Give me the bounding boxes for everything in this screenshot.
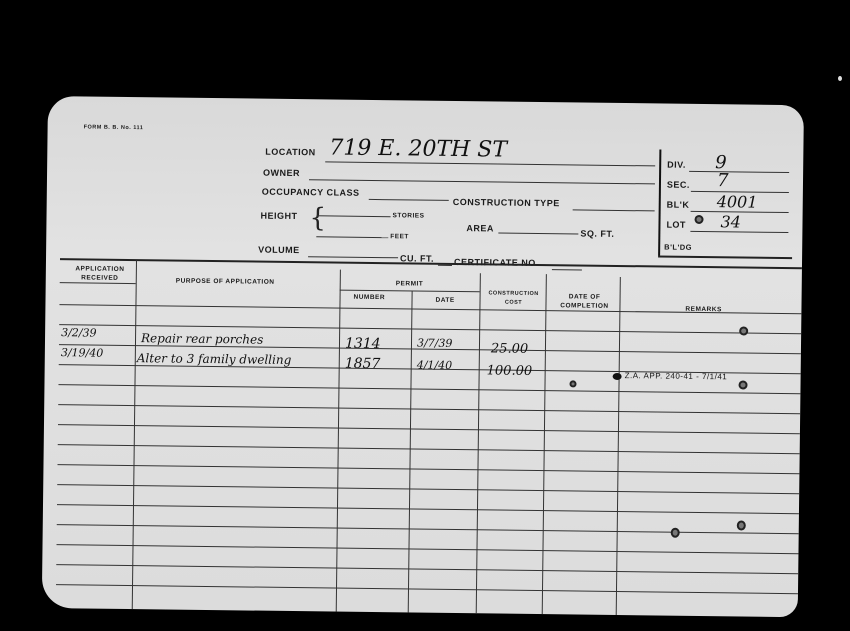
blk-label: BL'K [667,200,690,210]
row-line [57,544,799,554]
occupancy-label: OCCUPANCY CLASS [262,187,360,198]
col-divider [408,290,413,612]
construction-line [573,209,655,211]
header-permit-date: DATE [435,297,454,304]
punch-hole [671,528,680,538]
sec-label: SEC. [667,180,690,190]
permit-subheader-line [340,290,480,293]
row-remarks: Z.A. APP. 240-41 - 7/1/41 [625,371,728,381]
row-line [58,424,800,434]
header-permit: PERMIT [396,280,424,287]
col-divider [132,260,137,609]
row-line [56,564,798,574]
ink-blot [613,373,622,380]
col-divider [476,273,481,613]
bldg-label: B'L'DG [664,243,692,252]
feet-label: FEET [390,233,409,240]
sec-value: 7 [717,170,729,191]
row-line [57,464,799,474]
cuft-gap-line [438,265,452,266]
film-speck [838,76,842,81]
index-box-border [658,149,661,255]
row-line [60,282,136,284]
area-label: AREA [466,223,494,233]
header-cost-line2: COST [483,298,543,308]
height-brace: { [309,203,326,233]
location-label: LOCATION [265,147,315,158]
punch-hole [738,380,747,389]
occupancy-line [369,199,449,201]
form-number: FORM B. B. No. 111 [84,124,144,131]
row-line [58,384,800,394]
punch-hole [737,520,746,530]
row-received: 3/19/40 [61,346,104,360]
col-divider [336,270,341,612]
punch-hole [694,215,703,224]
row-purpose: Alter to 3 family dwelling [137,351,292,367]
row-line [57,504,799,514]
stories-label: STORIES [393,212,425,219]
permit-card: FORM B. B. No. 111 LOCATION 719 E. 20TH … [42,96,804,617]
area-line [498,233,578,235]
volume-line [308,256,398,258]
col-divider [616,277,621,615]
location-value: 719 E. 20TH ST [329,135,507,162]
div-line [689,171,789,173]
header-purpose: PURPOSE OF APPLICATION [176,278,275,286]
row-permit-date: 4/1/40 [417,359,453,372]
header-received-line1: APPLICATION [66,264,134,274]
div-label: DIV. [667,160,686,170]
lot-label: LOT [666,220,686,230]
header-received: APPLICATION RECEIVED [66,264,134,283]
row-line [58,404,800,414]
table-row: 3/2/39 Repair rear porches 1314 3/7/39 2… [48,96,804,105]
header-permit-number: NUMBER [354,294,386,301]
header-completion: DATE OF COMPLETION [551,292,617,311]
header-cost: CONSTRUCTION COST [483,289,543,308]
row-line [57,524,799,534]
row-line [56,584,798,594]
height-label: HEIGHT [260,211,297,221]
row-purpose: Repair rear porches [141,331,263,346]
punch-hole [569,380,576,387]
stories-line [317,215,391,217]
construction-label: CONSTRUCTION TYPE [453,197,560,208]
feet-line [316,236,388,238]
row-cost: 100.00 [487,363,533,379]
volume-label: VOLUME [258,245,300,256]
row-permit-number: 1857 [345,356,381,372]
col-divider [542,274,547,614]
punch-hole [739,326,748,335]
row-permit-number: 1314 [345,336,381,352]
sqft-label: SQ. FT. [580,229,614,239]
row-received: 3/2/39 [61,326,97,339]
row-permit-date: 3/7/39 [417,337,453,350]
row-cost: 25.00 [491,341,528,356]
table-row: 3/19/40 Alter to 3 family dwelling 1857 … [48,96,804,105]
certificate-line [552,269,582,270]
row-line [58,444,800,454]
owner-line [309,179,655,184]
row-line [57,484,799,494]
index-box-bottom [658,255,792,259]
lot-value: 34 [720,212,741,231]
owner-label: OWNER [263,168,300,178]
blk-value: 4001 [717,192,758,211]
header-cost-line1: CONSTRUCTION [484,289,544,299]
